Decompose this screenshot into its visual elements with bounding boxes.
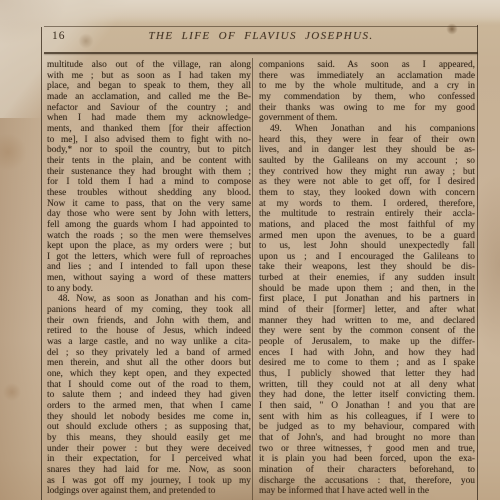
text-line: written, till they could not at all deny…: [259, 380, 475, 391]
text-line: sent with him as his colleagues, if I we…: [259, 412, 475, 423]
text-line: in their expectation, for I perceived wh…: [47, 454, 251, 465]
text-line: out should exclude others ; as supposing…: [47, 422, 251, 433]
text-line: mination of their characters beforehand,…: [259, 465, 475, 476]
text-line: multitude also out of the village, ran a…: [47, 60, 251, 71]
text-line: manner they had written to me, and decla…: [259, 316, 475, 327]
text-line: was a large castle, and no way unlike a …: [47, 337, 251, 348]
text-line: their sustenance they had brought with t…: [47, 167, 251, 178]
text-line: to me], I also advised them to fight wit…: [47, 135, 251, 146]
text-line: for I told them I had a mind to compose: [47, 177, 251, 188]
text-line: they contrived how they might run away ;…: [259, 167, 475, 178]
text-line: and lies ; and I intended to fall upon t…: [47, 262, 251, 273]
text-line: ments, and thanked them [for their affec…: [47, 124, 251, 135]
text-line: kept upon the place, as my orders were ;…: [47, 241, 251, 252]
text-line: I got the letters, which were full of re…: [47, 252, 251, 263]
text-line: these troubles without shedding any bloo…: [47, 188, 251, 199]
text-line: watch the roads ; so the men were themse…: [47, 231, 251, 242]
text-line: with me ; but as soon as I had taken my: [47, 71, 251, 82]
frame-right-rule: [477, 25, 478, 500]
text-line: men, without saying a word of these matt…: [47, 273, 251, 284]
text-line: be judged as to my behaviour, compared w…: [259, 422, 475, 433]
text-line: thus, I publicly showed that letter they…: [259, 369, 475, 380]
text-line: take their weapons, lest they should be …: [259, 262, 475, 273]
text-line: ences I had with John, and how they had: [259, 348, 475, 359]
text-line: desired me to come to them ; and as I sp…: [259, 358, 475, 369]
text-line: to salute them ; and indeed they had giv…: [47, 390, 251, 401]
scanned-book-page: 16 THE LIFE OF FLAVIUS JOSEPHUS. multitu…: [0, 0, 500, 500]
header-rule: [44, 52, 478, 54]
right-text-column: companions said. As soon as I appeared,t…: [259, 60, 475, 497]
text-line: their tents in the plain, and be content…: [47, 156, 251, 167]
text-line: as I was got off my journey, I took up m…: [47, 476, 251, 487]
text-line: it is plain you had been forced, upon th…: [259, 454, 475, 465]
text-line: by this means, they should easily get me: [47, 433, 251, 444]
text-line: discharge the accusations : that, theref…: [259, 476, 475, 487]
text-line: fell among the guards whom I had appoint…: [47, 220, 251, 231]
text-line: should be made upon them ; and then, in …: [259, 284, 475, 295]
text-line: their own friends, and John with them, a…: [47, 316, 251, 327]
text-line: mind of their [former] letter, and after…: [259, 305, 475, 316]
text-line: people of Jerusalem, to make up the diff…: [259, 337, 475, 348]
text-line: lodgings over against them, and pretende…: [47, 486, 251, 497]
text-line: may be informed that I have acted well i…: [259, 486, 475, 497]
text-line: nefactor and Saviour of the country ; an…: [47, 103, 251, 114]
text-line: to us, lest John should unexpectedly fal…: [259, 241, 475, 252]
text-line: when I had made them my acknowledge-: [47, 113, 251, 124]
text-line: day those who were sent by John with let…: [47, 209, 251, 220]
text-line: 49. When Jonathan and his companions: [259, 124, 475, 135]
text-line: 48. Now, as soon as Jonathan and his com…: [47, 294, 251, 305]
text-line: my commendation by them, who confessed: [259, 92, 475, 103]
text-line: two or three witnesses,† good men and tr…: [259, 444, 475, 455]
text-line: upon us ; and I encouraged the Galileans…: [259, 252, 475, 263]
text-line: Now it came to pass, that on the very sa…: [47, 199, 251, 210]
text-line: saulted by the Galileans on my account ;…: [259, 156, 475, 167]
text-line: mations, and placed the most faithful of…: [259, 220, 475, 231]
text-line: armed men upon the avenues, to be a guar…: [259, 231, 475, 242]
text-line: retired to the house of Jesus, which ind…: [47, 326, 251, 337]
text-line: first place, I put Jonathan and his part…: [259, 294, 475, 305]
text-line: that of John's, and had brought no more …: [259, 433, 475, 444]
text-line: made an acclamation, and called me the B…: [47, 92, 251, 103]
text-line: there was immediately an acclamation mad…: [259, 71, 475, 82]
text-line: their thanks was owing to me for my good: [259, 103, 475, 114]
text-line: orders to the armed men, that when I cam…: [47, 401, 251, 412]
text-line: lives, and in danger lest they should be…: [259, 145, 475, 156]
text-line: heard this, they were in fear of their o…: [259, 135, 475, 146]
text-line: at my words to them. I ordered, therefor…: [259, 199, 475, 210]
frame-top-rule: [44, 26, 478, 27]
text-line: they had done, the letter itself convict…: [259, 390, 475, 401]
text-line: place, and began to speak to them, they …: [47, 81, 251, 92]
text-line: that I should come out of the road to th…: [47, 380, 251, 391]
text-line: body,* nor to spoil the country, but to …: [47, 145, 251, 156]
text-line: government of them.: [259, 113, 475, 124]
text-line: I then said, " O Jonathan ! and you that…: [259, 401, 475, 412]
text-line: they were sent by the common consent of …: [259, 326, 475, 337]
text-line: as they were not able to get off, for I …: [259, 177, 475, 188]
text-line: to any body.: [47, 284, 251, 295]
column-divider-rule: [252, 58, 253, 500]
text-line: one, which they kept open, and they expe…: [47, 369, 251, 380]
text-line: men therein, and shut all the other door…: [47, 358, 251, 369]
frame-left-rule: [41, 27, 42, 500]
text-line: turbed at their enemies, if any sudden i…: [259, 273, 475, 284]
text-line: del ; so they privately led a band of ar…: [47, 348, 251, 359]
text-line: them to stay, they looked down with conc…: [259, 188, 475, 199]
text-line: snares they had laid for me. Now, as soo…: [47, 465, 251, 476]
text-line: they should let nobody besides me come i…: [47, 412, 251, 423]
left-text-column: multitude also out of the village, ran a…: [47, 60, 251, 497]
text-line: to me by the whole multitude, and a cry …: [259, 81, 475, 92]
text-line: panions heard of my coming, they took al…: [47, 305, 251, 316]
running-title: THE LIFE OF FLAVIUS JOSEPHUS.: [44, 30, 478, 42]
text-line: companions said. As soon as I appeared,: [259, 60, 475, 71]
text-line: under their power : but they were deceiv…: [47, 444, 251, 455]
text-line: the multitude to restrain entirely their…: [259, 209, 475, 220]
